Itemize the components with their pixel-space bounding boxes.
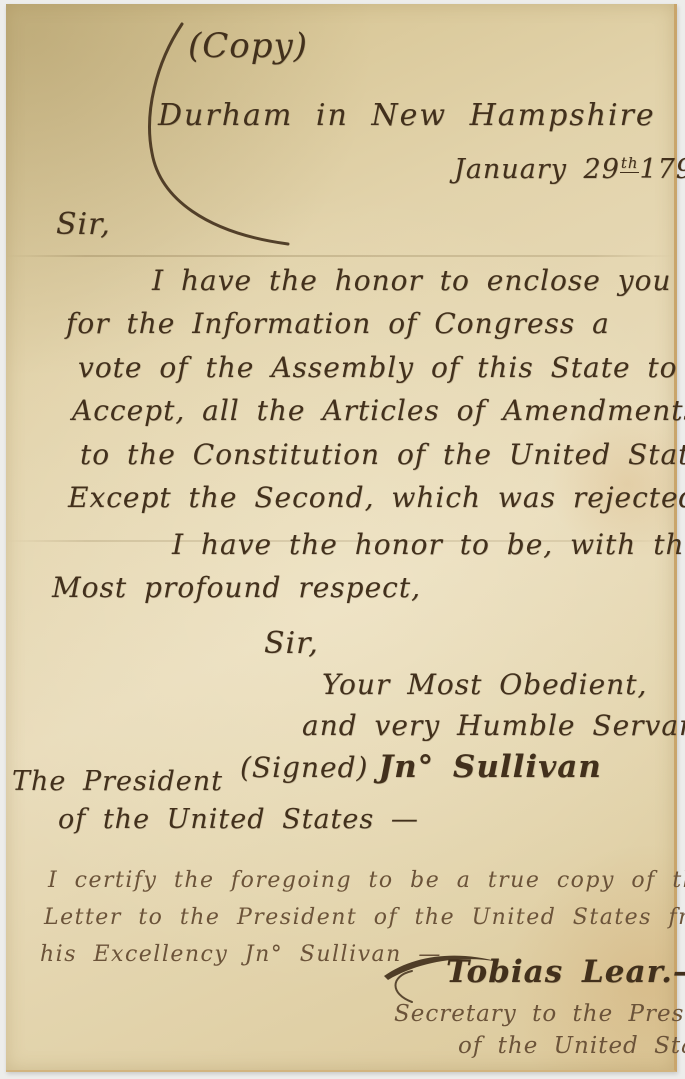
- certifier-title-line: of the United States: [458, 1033, 685, 1059]
- date-superscript: th: [620, 154, 640, 173]
- body-line: I have the honor to be, with the: [172, 528, 685, 561]
- body-line: to the Constitution of the United States: [80, 438, 685, 471]
- body-line: for the Information of Congress a: [66, 307, 610, 340]
- body-line: Accept, all the Articles of Amendments: [72, 394, 685, 427]
- scanned-letter-page: (Copy) Durham in New Hampshire January 2…: [0, 0, 685, 1079]
- certifier-title-line: Secretary to the President: [394, 1001, 685, 1027]
- body-line: Except the Second, which was rejected!: [68, 481, 685, 514]
- body-line: Most profound respect,: [52, 571, 421, 604]
- signed-label: (Signed): [240, 751, 368, 784]
- body-line: vote of the Assembly of this State to: [78, 351, 678, 384]
- certification-line: I certify the foregoing to be a true cop…: [48, 868, 685, 893]
- certification-line: Letter to the President of the United St…: [44, 905, 685, 930]
- addressee-line: of the United States —: [58, 804, 419, 835]
- closing-sir: Sir,: [264, 626, 319, 661]
- manuscript-paper: (Copy) Durham in New Hampshire January 2…: [6, 4, 677, 1072]
- certification-line: his Excellency Jn° Sullivan —: [40, 942, 442, 967]
- place-line: Durham in New Hampshire: [158, 98, 656, 133]
- date-line: January 29th1790—: [454, 154, 685, 185]
- certifier-signature: Tobias Lear.–: [446, 954, 685, 990]
- copy-annotation: (Copy): [188, 26, 308, 66]
- signature-line: (Signed)Jn° Sullivan: [240, 749, 602, 785]
- fold-crease: [6, 255, 674, 257]
- date-prefix: January 29: [454, 154, 620, 185]
- addressee-line: The President: [12, 766, 223, 797]
- date-year: 1790—: [639, 154, 685, 185]
- closing-line: and very Humble Servant: [302, 709, 685, 742]
- salutation: Sir,: [56, 207, 111, 242]
- body-line: I have the honor to enclose you: [152, 264, 671, 297]
- signature-name: Jn° Sullivan: [378, 749, 601, 785]
- closing-line: Your Most Obedient,: [322, 668, 647, 701]
